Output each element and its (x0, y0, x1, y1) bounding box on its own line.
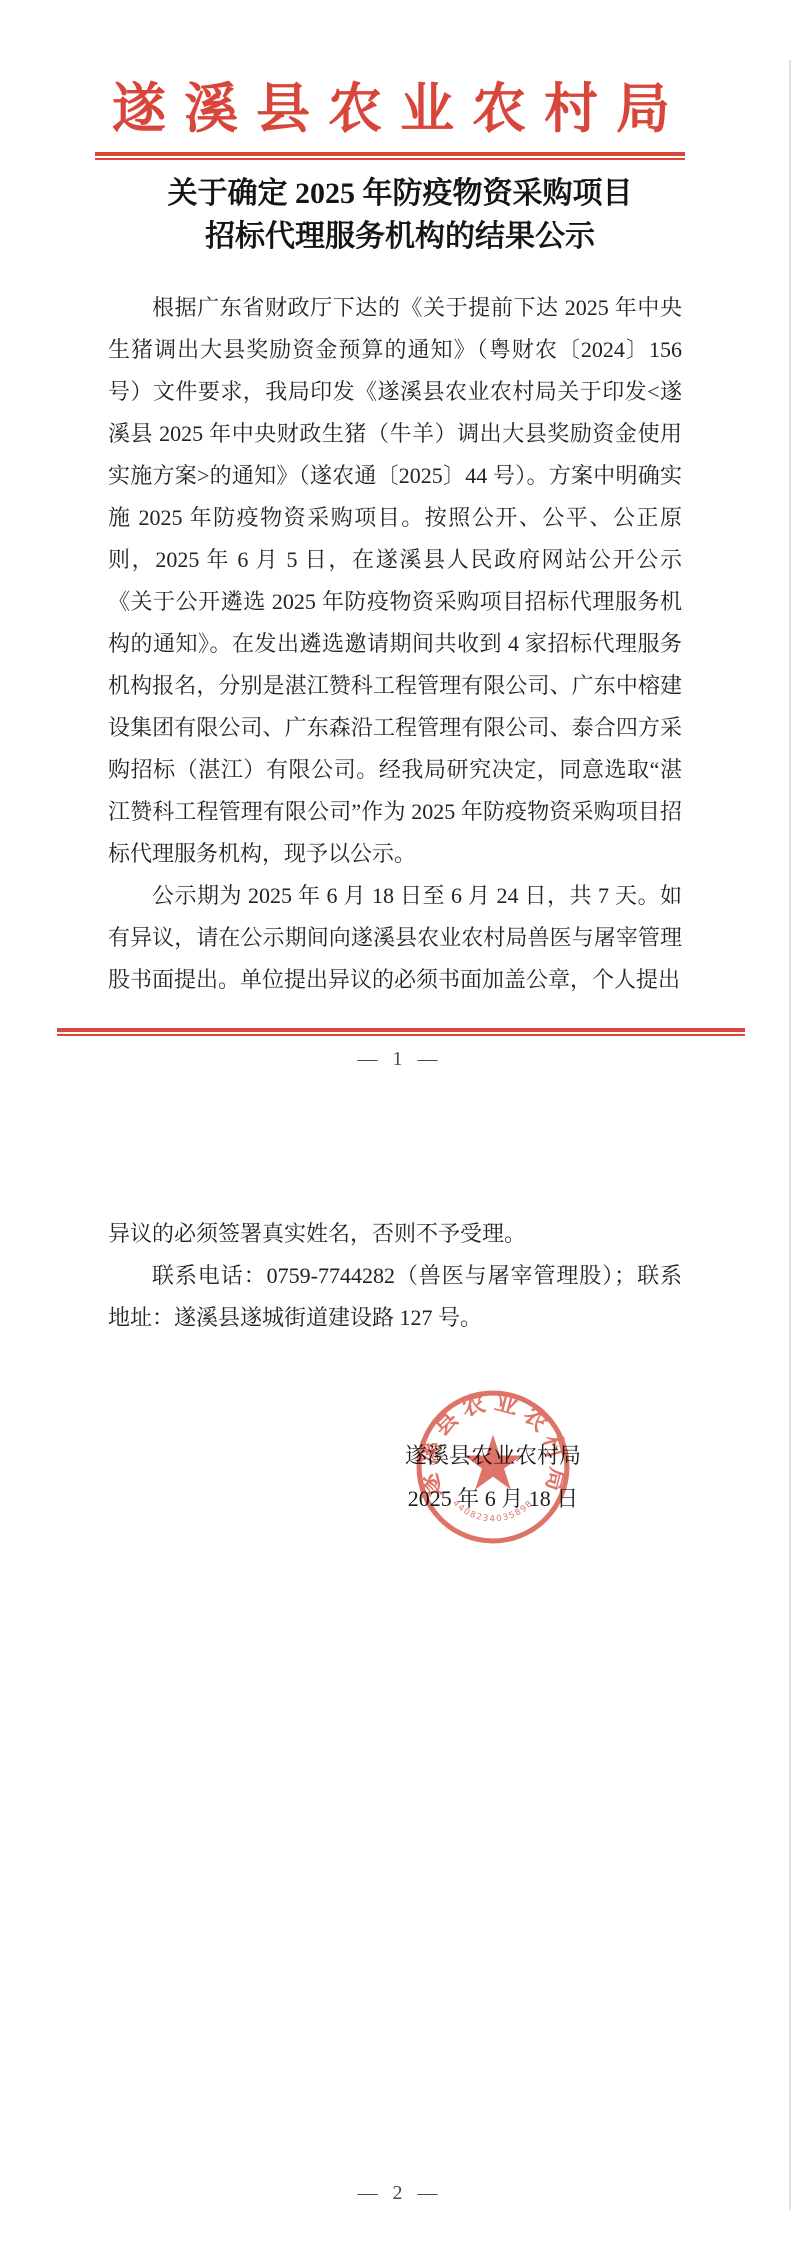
document-title-line2: 招标代理服务机构的结果公示 (0, 215, 800, 258)
paragraph-publicity-period: 公示期为 2025 年 6 月 18 日至 6 月 24 日，共 7 天。如有异… (108, 875, 682, 1001)
page2-number: — 2 — (0, 2182, 800, 2205)
seal-code: 4408234035898 (450, 1498, 535, 1524)
star-icon (464, 1435, 522, 1490)
page2-body: 异议的必须签署真实姓名，否则不予受理。 联系电话：0759-7744282（兽医… (108, 1213, 682, 1339)
page1-footer-rule (57, 1028, 745, 1036)
paragraph-contact: 联系电话：0759-7744282（兽医与屠宰管理股）；联系地址：遂溪县遂城街道… (108, 1255, 682, 1339)
paragraph-continuation: 异议的必须签署真实姓名，否则不予受理。 (108, 1213, 682, 1255)
page1-body: 根据广东省财政厅下达的《关于提前下达 2025 年中央生猪调出大县奖励资金预算的… (108, 287, 682, 1001)
paragraph-basis: 根据广东省财政厅下达的《关于提前下达 2025 年中央生猪调出大县奖励资金预算的… (108, 287, 682, 875)
official-seal: 遂溪县农业农村局 4408234035898 (412, 1386, 574, 1548)
document-title-line1: 关于确定 2025 年防疫物资采购项目 (0, 172, 800, 215)
agency-header: 遂溪县农业农村局 (0, 78, 800, 140)
header-rule (95, 152, 685, 160)
document-title: 关于确定 2025 年防疫物资采购项目 招标代理服务机构的结果公示 (0, 172, 800, 258)
page1-number: — 1 — (0, 1048, 800, 1071)
scan-edge-artifact (789, 60, 791, 2210)
document-page: 遂溪县农业农村局 关于确定 2025 年防疫物资采购项目 招标代理服务机构的结果… (0, 0, 800, 2261)
